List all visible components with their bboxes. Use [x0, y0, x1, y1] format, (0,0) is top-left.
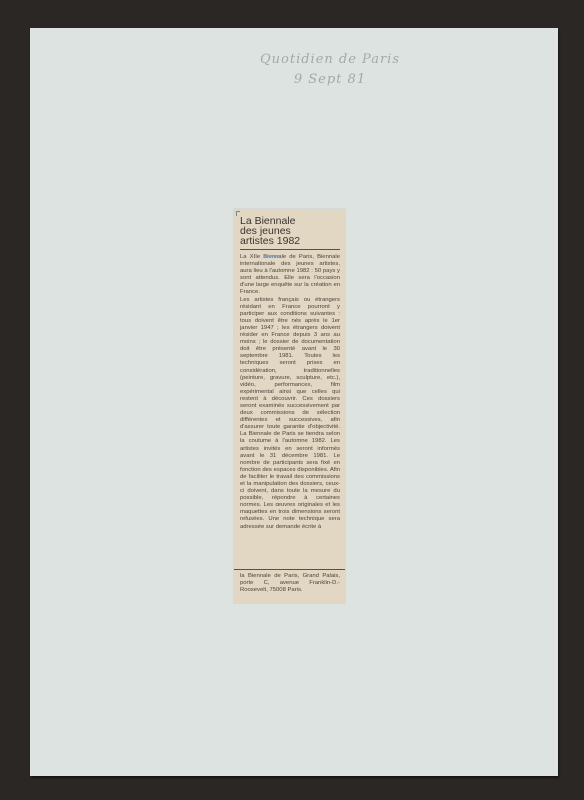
body-paragraph: La XIIe Biennale de Paris, Biennale inte…	[240, 254, 340, 297]
handwritten-date: 9 Sept 81	[230, 70, 430, 90]
handwritten-source: Quotidien de Paris	[230, 50, 430, 70]
headline-line: artistes 1982	[240, 236, 340, 246]
clipping-address: la Biennale de Paris, Grand Palais, port…	[234, 569, 345, 594]
clipping-body: La XIIe Biennale de Paris, Biennale inte…	[240, 254, 340, 531]
handwritten-annotation: Quotidien de Paris 9 Sept 81	[230, 50, 430, 90]
corner-mark-icon	[236, 211, 240, 216]
ink-underline-mark	[264, 255, 280, 257]
body-paragraph: Les artistes français ou étrangers résid…	[240, 297, 340, 531]
newspaper-clipping: La Biennale des jeunes artistes 1982 La …	[234, 209, 345, 603]
paper-sheet: Quotidien de Paris 9 Sept 81 La Biennale…	[30, 28, 558, 776]
clipping-headline: La Biennale des jeunes artistes 1982	[240, 216, 340, 250]
